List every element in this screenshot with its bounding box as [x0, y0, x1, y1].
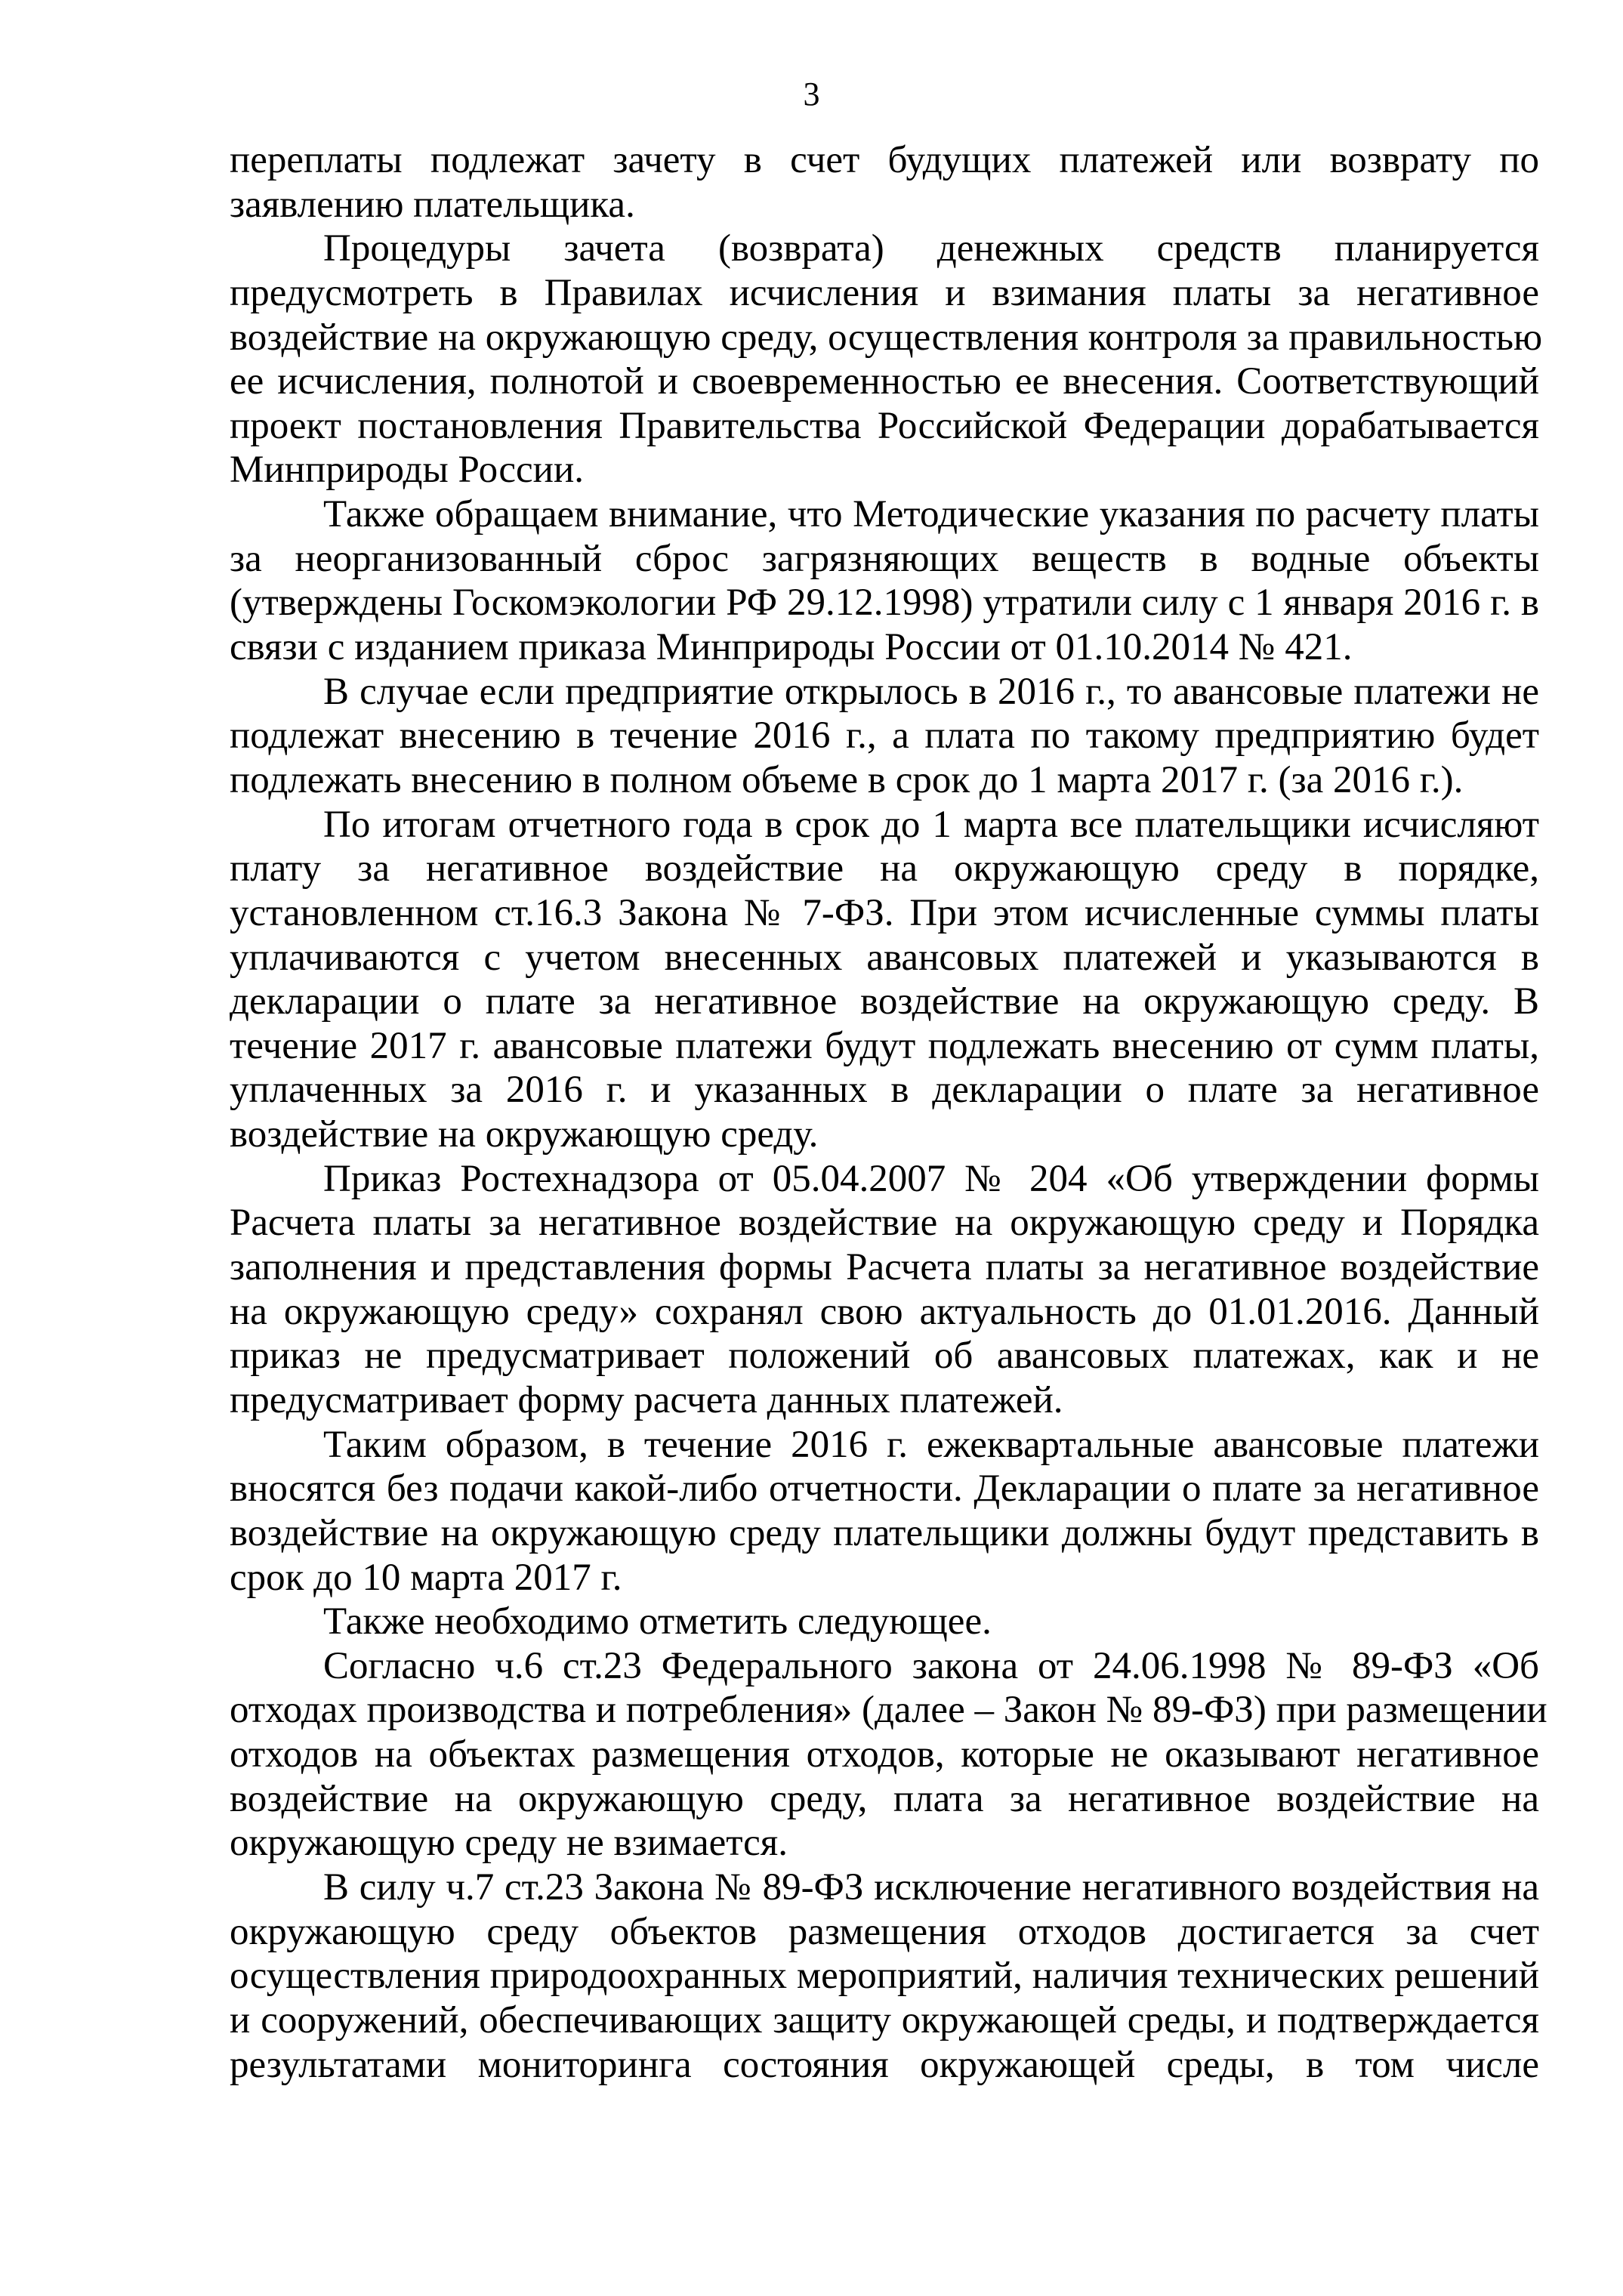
- text-line: воздействие на окружающую среду.: [230, 1113, 1539, 1157]
- text-line: отходах производства и потребления» (дал…: [230, 1688, 1539, 1733]
- text-line: В силу ч.7 ст.23 Закона № 89-ФЗ исключен…: [230, 1865, 1539, 1910]
- paragraph: переплаты подлежат зачету в счет будущих…: [230, 138, 1539, 227]
- text-line: приказ не предусматривает положений об а…: [230, 1334, 1539, 1378]
- text-line: Процедуры зачета (возврата) денежных сре…: [230, 227, 1539, 271]
- paragraph: Процедуры зачета (возврата) денежных сре…: [230, 227, 1539, 492]
- text-line: заявлению плательщика.: [230, 183, 1539, 227]
- text-line: подлежат внесению в течение 2016 г., а п…: [230, 714, 1539, 758]
- text-line: и сооружений, обеспечивающих защиту окру…: [230, 1998, 1539, 2043]
- text-line: переплаты подлежат зачету в счет будущих…: [230, 138, 1539, 183]
- text-line: предусматривает форму расчета данных пла…: [230, 1378, 1539, 1423]
- text-line: Таким образом, в течение 2016 г. ежеквар…: [230, 1423, 1539, 1467]
- text-line: Расчета платы за негативное воздействие …: [230, 1201, 1539, 1245]
- text-line: установленном ст.16.3 Закона № 7-ФЗ. При…: [230, 891, 1539, 936]
- text-line: воздействие на окружающую среду, осущест…: [230, 316, 1539, 360]
- paragraph: Согласно ч.6 ст.23 Федерального закона о…: [230, 1644, 1539, 1865]
- text-line: (утверждены Госкомэкологии РФ 29.12.1998…: [230, 581, 1539, 625]
- text-line: отходов на объектах размещения отходов, …: [230, 1733, 1539, 1777]
- document-body: переплаты подлежат зачету в счет будущих…: [230, 138, 1539, 2087]
- paragraph: Также необходимо отметить следующее.: [230, 1600, 1539, 1644]
- text-line: декларации о плате за негативное воздейс…: [230, 980, 1539, 1024]
- text-line: Также необходимо отметить следующее.: [230, 1600, 1539, 1644]
- text-line: за неорганизованный сброс загрязняющих в…: [230, 537, 1539, 582]
- text-line: В случае если предприятие открылось в 20…: [230, 670, 1539, 714]
- text-line: течение 2017 г. авансовые платежи будут …: [230, 1024, 1539, 1069]
- text-line: Согласно ч.6 ст.23 Федерального закона о…: [230, 1644, 1539, 1689]
- text-line: окружающую среду не взимается.: [230, 1821, 1539, 1865]
- text-line: Также обращаем внимание, что Методически…: [230, 492, 1539, 537]
- text-line: осуществления природоохранных мероприяти…: [230, 1954, 1539, 1998]
- text-line: проект постановления Правительства Росси…: [230, 404, 1539, 449]
- paragraph: В силу ч.7 ст.23 Закона № 89-ФЗ исключен…: [230, 1865, 1539, 2087]
- text-line: воздействие на окружающую среду плательщ…: [230, 1511, 1539, 1556]
- text-line: Приказ Ростехнадзора от 05.04.2007 № 204…: [230, 1157, 1539, 1202]
- text-line: на окружающую среду» сохранял свою актуа…: [230, 1290, 1539, 1335]
- text-line: плату за негативное воздействие на окруж…: [230, 847, 1539, 891]
- text-line: связи с изданием приказа Минприроды Росс…: [230, 625, 1539, 670]
- paragraph: Таким образом, в течение 2016 г. ежеквар…: [230, 1423, 1539, 1600]
- text-line: уплаченных за 2016 г. и указанных в декл…: [230, 1068, 1539, 1113]
- text-line: предусмотреть в Правилах исчисления и вз…: [230, 271, 1539, 316]
- text-line: воздействие на окружающую среду, плата з…: [230, 1777, 1539, 1822]
- text-line: Минприроды России.: [230, 448, 1539, 492]
- paragraph: В случае если предприятие открылось в 20…: [230, 670, 1539, 803]
- text-line: подлежать внесению в полном объеме в сро…: [230, 758, 1539, 803]
- text-line: срок до 10 марта 2017 г.: [230, 1556, 1539, 1600]
- text-line: ее исчисления, полнотой и своевременност…: [230, 360, 1539, 404]
- text-line: заполнения и представления формы Расчета…: [230, 1245, 1539, 1290]
- text-line: окружающую среду объектов размещения отх…: [230, 1910, 1539, 1955]
- page-number: 3: [0, 76, 1623, 113]
- paragraph: Приказ Ростехнадзора от 05.04.2007 № 204…: [230, 1157, 1539, 1423]
- paragraph: По итогам отчетного года в срок до 1 мар…: [230, 803, 1539, 1157]
- paragraph: Также обращаем внимание, что Методически…: [230, 492, 1539, 670]
- text-line: По итогам отчетного года в срок до 1 мар…: [230, 803, 1539, 847]
- text-line: вносятся без подачи какой-либо отчетност…: [230, 1467, 1539, 1511]
- text-line: уплачиваются с учетом внесенных авансовы…: [230, 936, 1539, 980]
- text-line: результатами мониторинга состояния окруж…: [230, 2043, 1539, 2088]
